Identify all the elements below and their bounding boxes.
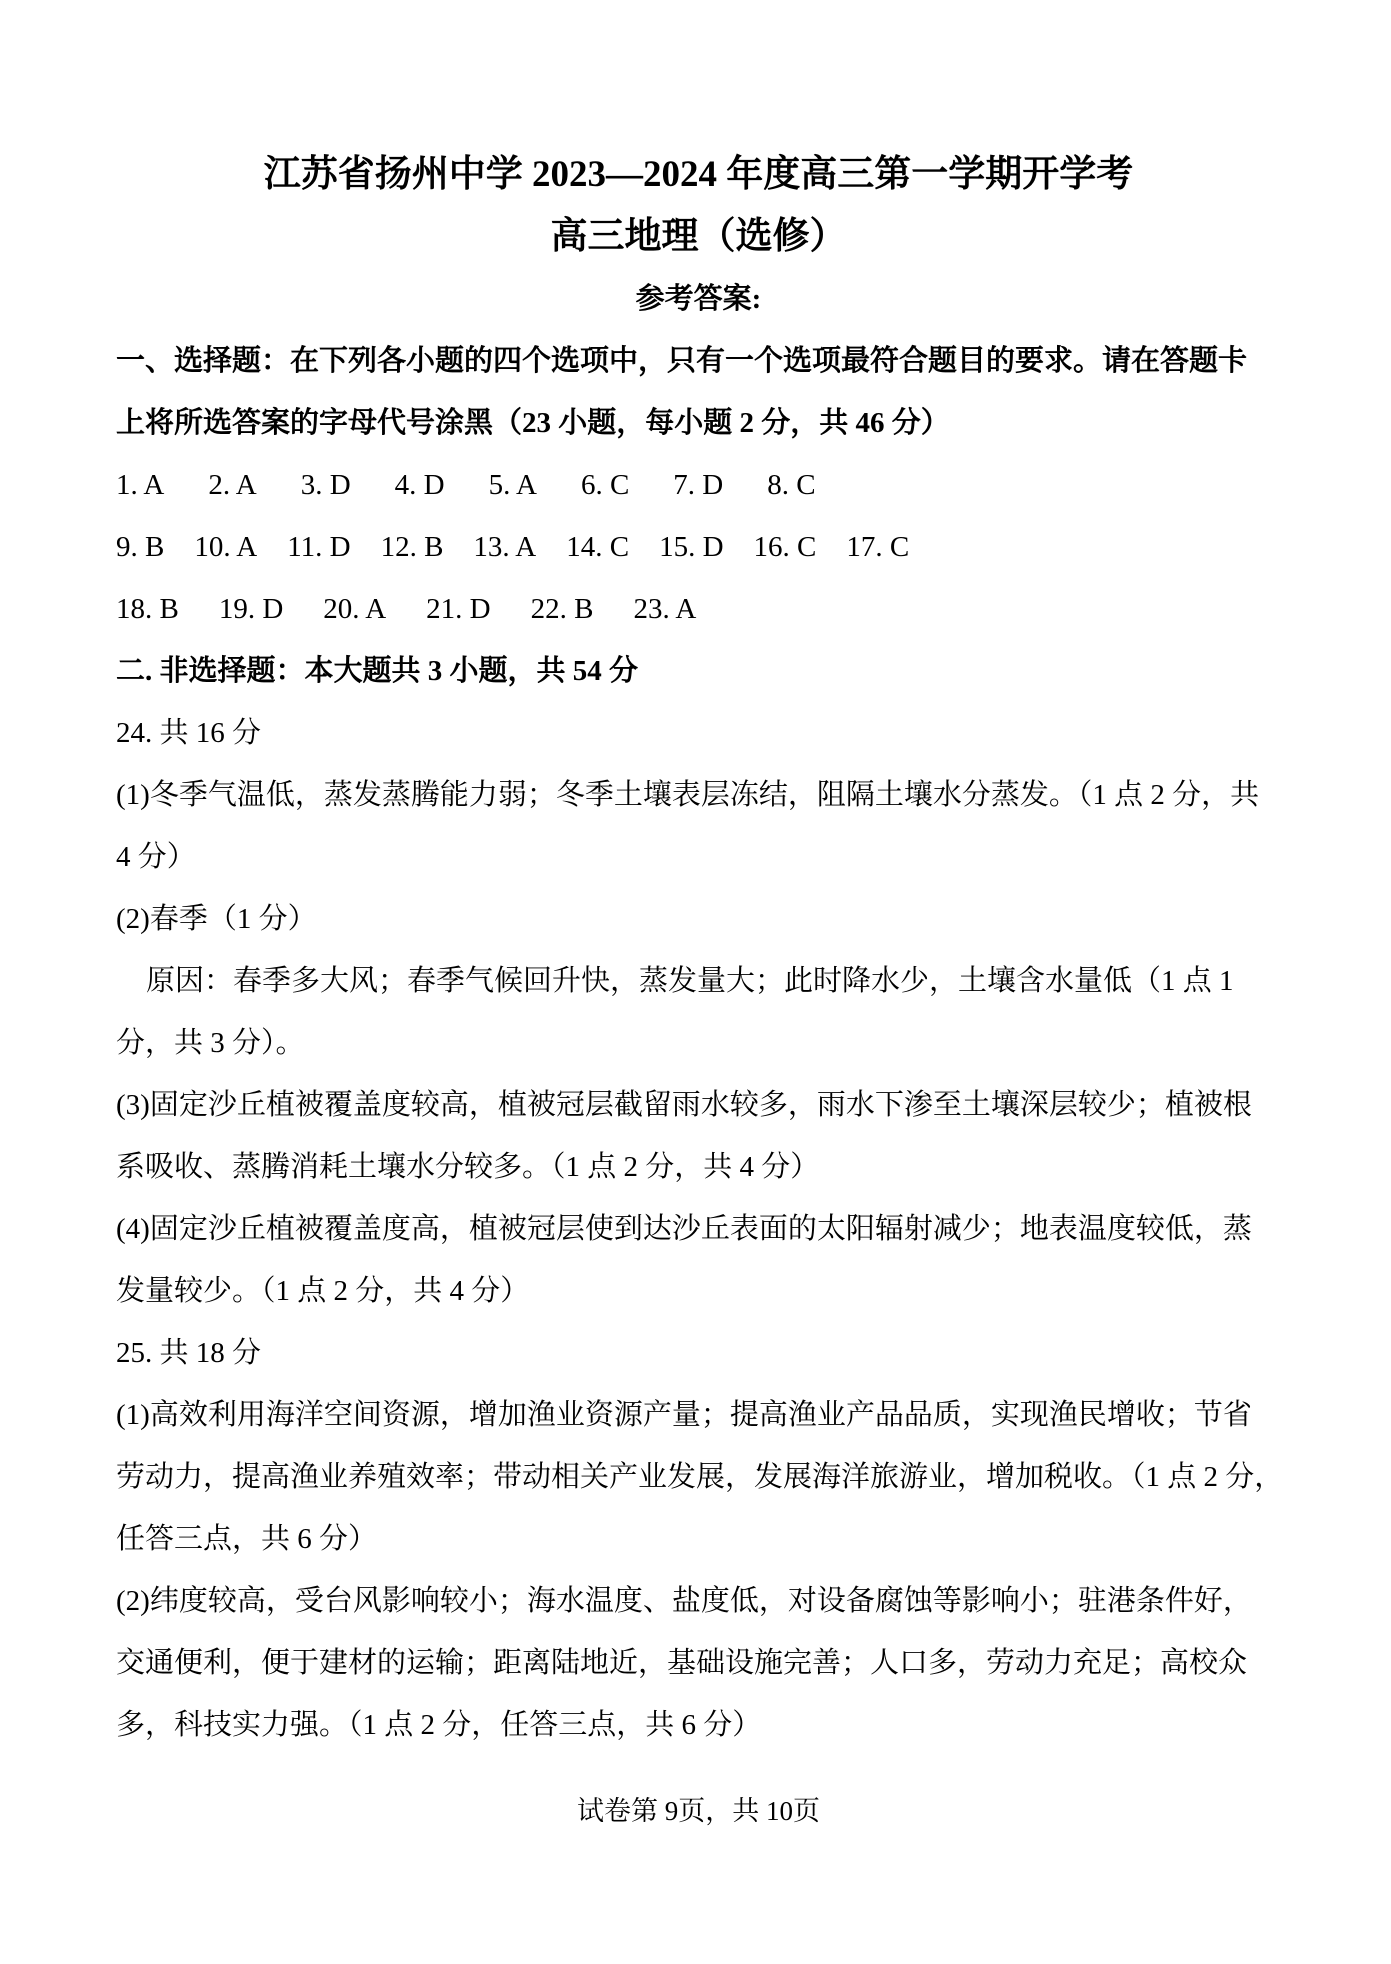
q25-label: 25. 共 18 分	[116, 1322, 1281, 1384]
mc-answer-9: 9. B	[116, 516, 164, 578]
mc-answer-12: 12. B	[381, 516, 444, 578]
mc-answer-10: 10. A	[194, 516, 257, 578]
mc-answer-1: 1. A	[116, 454, 164, 516]
mc-answer-4: 4. D	[395, 454, 445, 516]
choice-section-heading-line1: 一、选择题：在下列各小题的四个选项中，只有一个选项最符合题目的要求。请在答题卡	[116, 330, 1281, 392]
mc-answer-5: 5. A	[489, 454, 537, 516]
mc-answer-8: 8. C	[767, 454, 815, 516]
page-title: 江苏省扬州中学 2023—2024 年度高三第一学期开学考	[116, 144, 1281, 206]
mc-answer-23: 23. A	[633, 578, 696, 640]
q24-part2-reason-line2: 分，共 3 分）。	[116, 1012, 1281, 1074]
mc-answer-22: 22. B	[531, 578, 594, 640]
mc-answer-16: 16. C	[754, 516, 817, 578]
q24-part2-line1: (2)春季（1 分）	[116, 888, 1281, 950]
mc-answer-14: 14. C	[566, 516, 629, 578]
mc-answer-6: 6. C	[581, 454, 629, 516]
mc-answer-3: 3. D	[301, 454, 351, 516]
q25-part1-line2: 劳动力，提高渔业养殖效率；带动相关产业发展，发展海洋旅游业，增加税收。（1 点 …	[116, 1446, 1281, 1508]
choice-answers-row-3: 18. B 19. D 20. A 21. D 22. B 23. A	[116, 578, 1281, 640]
q25-part2-line2: 交通便利，便于建材的运输；距离陆地近，基础设施完善；人口多，劳动力充足；高校众	[116, 1632, 1281, 1694]
mc-answer-15: 15. D	[659, 516, 723, 578]
mc-answer-19: 19. D	[219, 578, 283, 640]
q24-part4-line2: 发量较少。（1 点 2 分，共 4 分）	[116, 1260, 1281, 1322]
q24-part3-line2: 系吸收、蒸腾消耗土壤水分较多。（1 点 2 分，共 4 分）	[116, 1136, 1281, 1198]
q24-part2-reason-line1: 原因：春季多大风；春季气候回升快，蒸发量大；此时降水少，土壤含水量低（1 点 1	[116, 950, 1281, 1012]
q25-part2-line1: (2)纬度较高，受台风影响较小；海水温度、盐度低，对设备腐蚀等影响小；驻港条件好…	[116, 1570, 1281, 1632]
mc-answer-17: 17. C	[846, 516, 909, 578]
q24-part1-line1: (1)冬季气温低，蒸发蒸腾能力弱；冬季土壤表层冻结，阻隔土壤水分蒸发。（1 点 …	[116, 764, 1281, 826]
q24-part4-line1: (4)固定沙丘植被覆盖度高，植被冠层使到达沙丘表面的太阳辐射减少；地表温度较低，…	[116, 1198, 1281, 1260]
page-footer: 试卷第 9页，共 10页	[116, 1780, 1281, 1842]
choice-section-heading-line2: 上将所选答案的字母代号涂黑（23 小题，每小题 2 分，共 46 分）	[116, 392, 1281, 454]
mc-answer-21: 21. D	[426, 578, 490, 640]
q25-part1-line1: (1)高效利用海洋空间资源，增加渔业资源产量；提高渔业产品品质，实现渔民增收；节…	[116, 1384, 1281, 1446]
q25-part2-line3: 多，科技实力强。（1 点 2 分，任答三点，共 6 分）	[116, 1694, 1281, 1756]
q24-part1-line2: 4 分）	[116, 826, 1281, 888]
mc-answer-11: 11. D	[287, 516, 350, 578]
choice-answers-row-2: 9. B 10. A 11. D 12. B 13. A 14. C 15. D…	[116, 516, 1281, 578]
mc-answer-20: 20. A	[323, 578, 386, 640]
reference-answers-heading: 参考答案:	[116, 268, 1281, 330]
q24-part3-line1: (3)固定沙丘植被覆盖度较高，植被冠层截留雨水较多，雨水下渗至土壤深层较少；植被…	[116, 1074, 1281, 1136]
q25-part1-line3: 任答三点，共 6 分）	[116, 1508, 1281, 1570]
page-subtitle: 高三地理（选修）	[116, 206, 1281, 268]
mc-answer-18: 18. B	[116, 578, 179, 640]
q24-label: 24. 共 16 分	[116, 702, 1281, 764]
mc-answer-7: 7. D	[673, 454, 723, 516]
choice-answers-row-1: 1. A 2. A 3. D 4. D 5. A 6. C 7. D 8. C	[116, 454, 1281, 516]
free-response-section-heading: 二. 非选择题：本大题共 3 小题，共 54 分	[116, 640, 1281, 702]
exam-answer-key-page: 江苏省扬州中学 2023—2024 年度高三第一学期开学考 高三地理（选修） 参…	[0, 0, 1391, 1964]
mc-answer-13: 13. A	[473, 516, 536, 578]
mc-answer-2: 2. A	[208, 454, 256, 516]
